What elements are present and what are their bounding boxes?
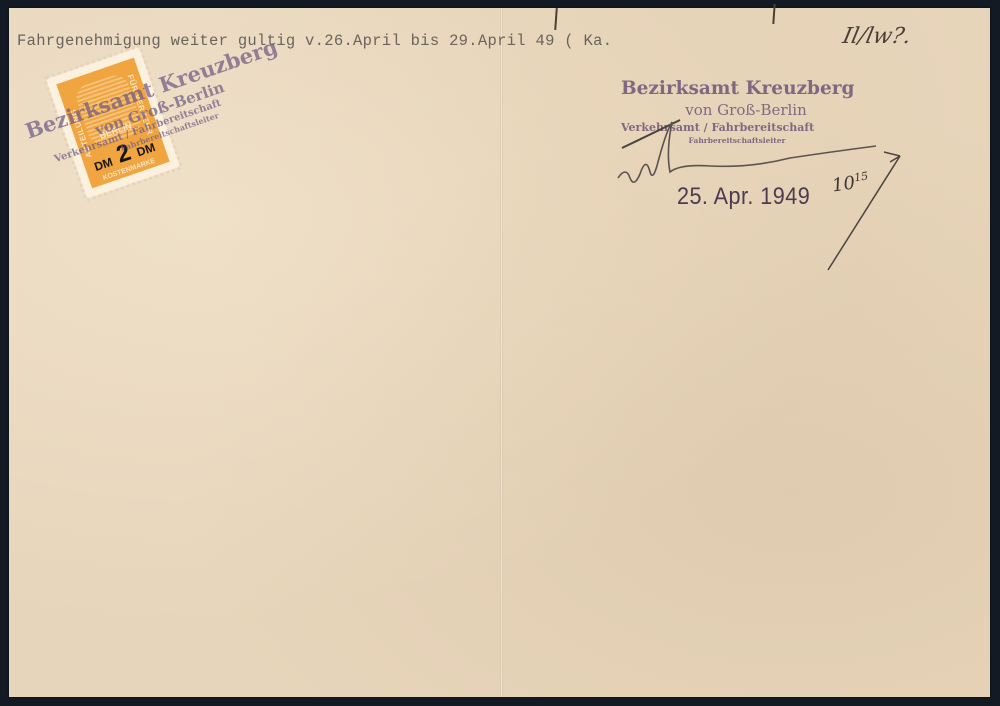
- handwritten-initials: Il/lw?.: [840, 24, 913, 49]
- date-stamp: 25. Apr. 1949: [677, 183, 810, 211]
- stamp-line-office: Bezirksamt Kreuzberg: [621, 78, 891, 99]
- time-minute: 15: [853, 170, 869, 185]
- time-hour: 10: [831, 172, 857, 196]
- fold-crease: [500, 8, 503, 697]
- typed-permit-line: Fahrgenehmigung weiter gultig v.26.April…: [17, 32, 612, 50]
